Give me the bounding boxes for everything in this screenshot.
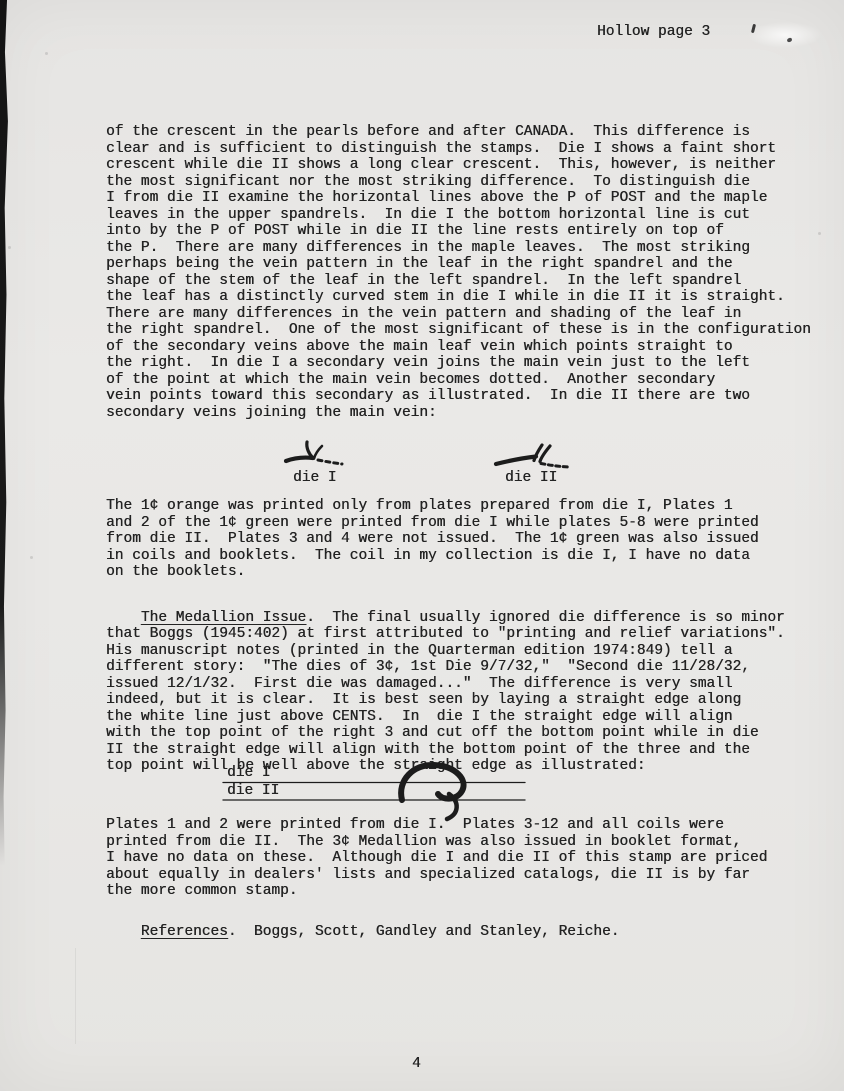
scanned-document-page: Hollow page 3 of the crescent in the pea… — [0, 0, 844, 1091]
paragraph-medallion-plates: Plates 1 and 2 were printed from die I. … — [106, 817, 767, 900]
paper-speck — [45, 52, 48, 55]
paper-speck — [818, 232, 821, 235]
paper-speck — [8, 246, 11, 249]
paper-speck — [30, 556, 33, 559]
paragraph-one-cent-plates: The 1¢ orange was printed only from plat… — [106, 498, 759, 581]
scan-light-smudge — [748, 22, 822, 48]
vein-pattern-figure — [280, 436, 580, 472]
vein-figure-die1-label: die I — [293, 470, 337, 487]
vein-figure-die2-label: die II — [505, 470, 557, 487]
die2-vein-sketch — [496, 445, 569, 467]
paragraph-crescent-differences: of the crescent in the pearls before and… — [106, 124, 811, 421]
references-line: References. Boggs, Scott, Gandley and St… — [106, 907, 619, 957]
die1-vein-sketch — [286, 442, 342, 464]
numeral-three-top-sketch — [401, 765, 463, 819]
medallion-issue-text: . The final usually ignored die differen… — [106, 610, 785, 775]
page-number: 4 — [412, 1056, 421, 1073]
paper-crease — [75, 948, 76, 1044]
references-heading: References — [141, 924, 228, 940]
scan-left-edge-shadow — [0, 0, 9, 866]
straight-edge-die1-label: die I — [227, 765, 271, 782]
medallion-issue-heading: The Medallion Issue — [141, 610, 306, 626]
references-text: . Boggs, Scott, Gandley and Stanley, Rei… — [228, 924, 620, 940]
page-header: Hollow page 3 — [597, 24, 710, 41]
straight-edge-die2-label: die II — [227, 783, 279, 800]
